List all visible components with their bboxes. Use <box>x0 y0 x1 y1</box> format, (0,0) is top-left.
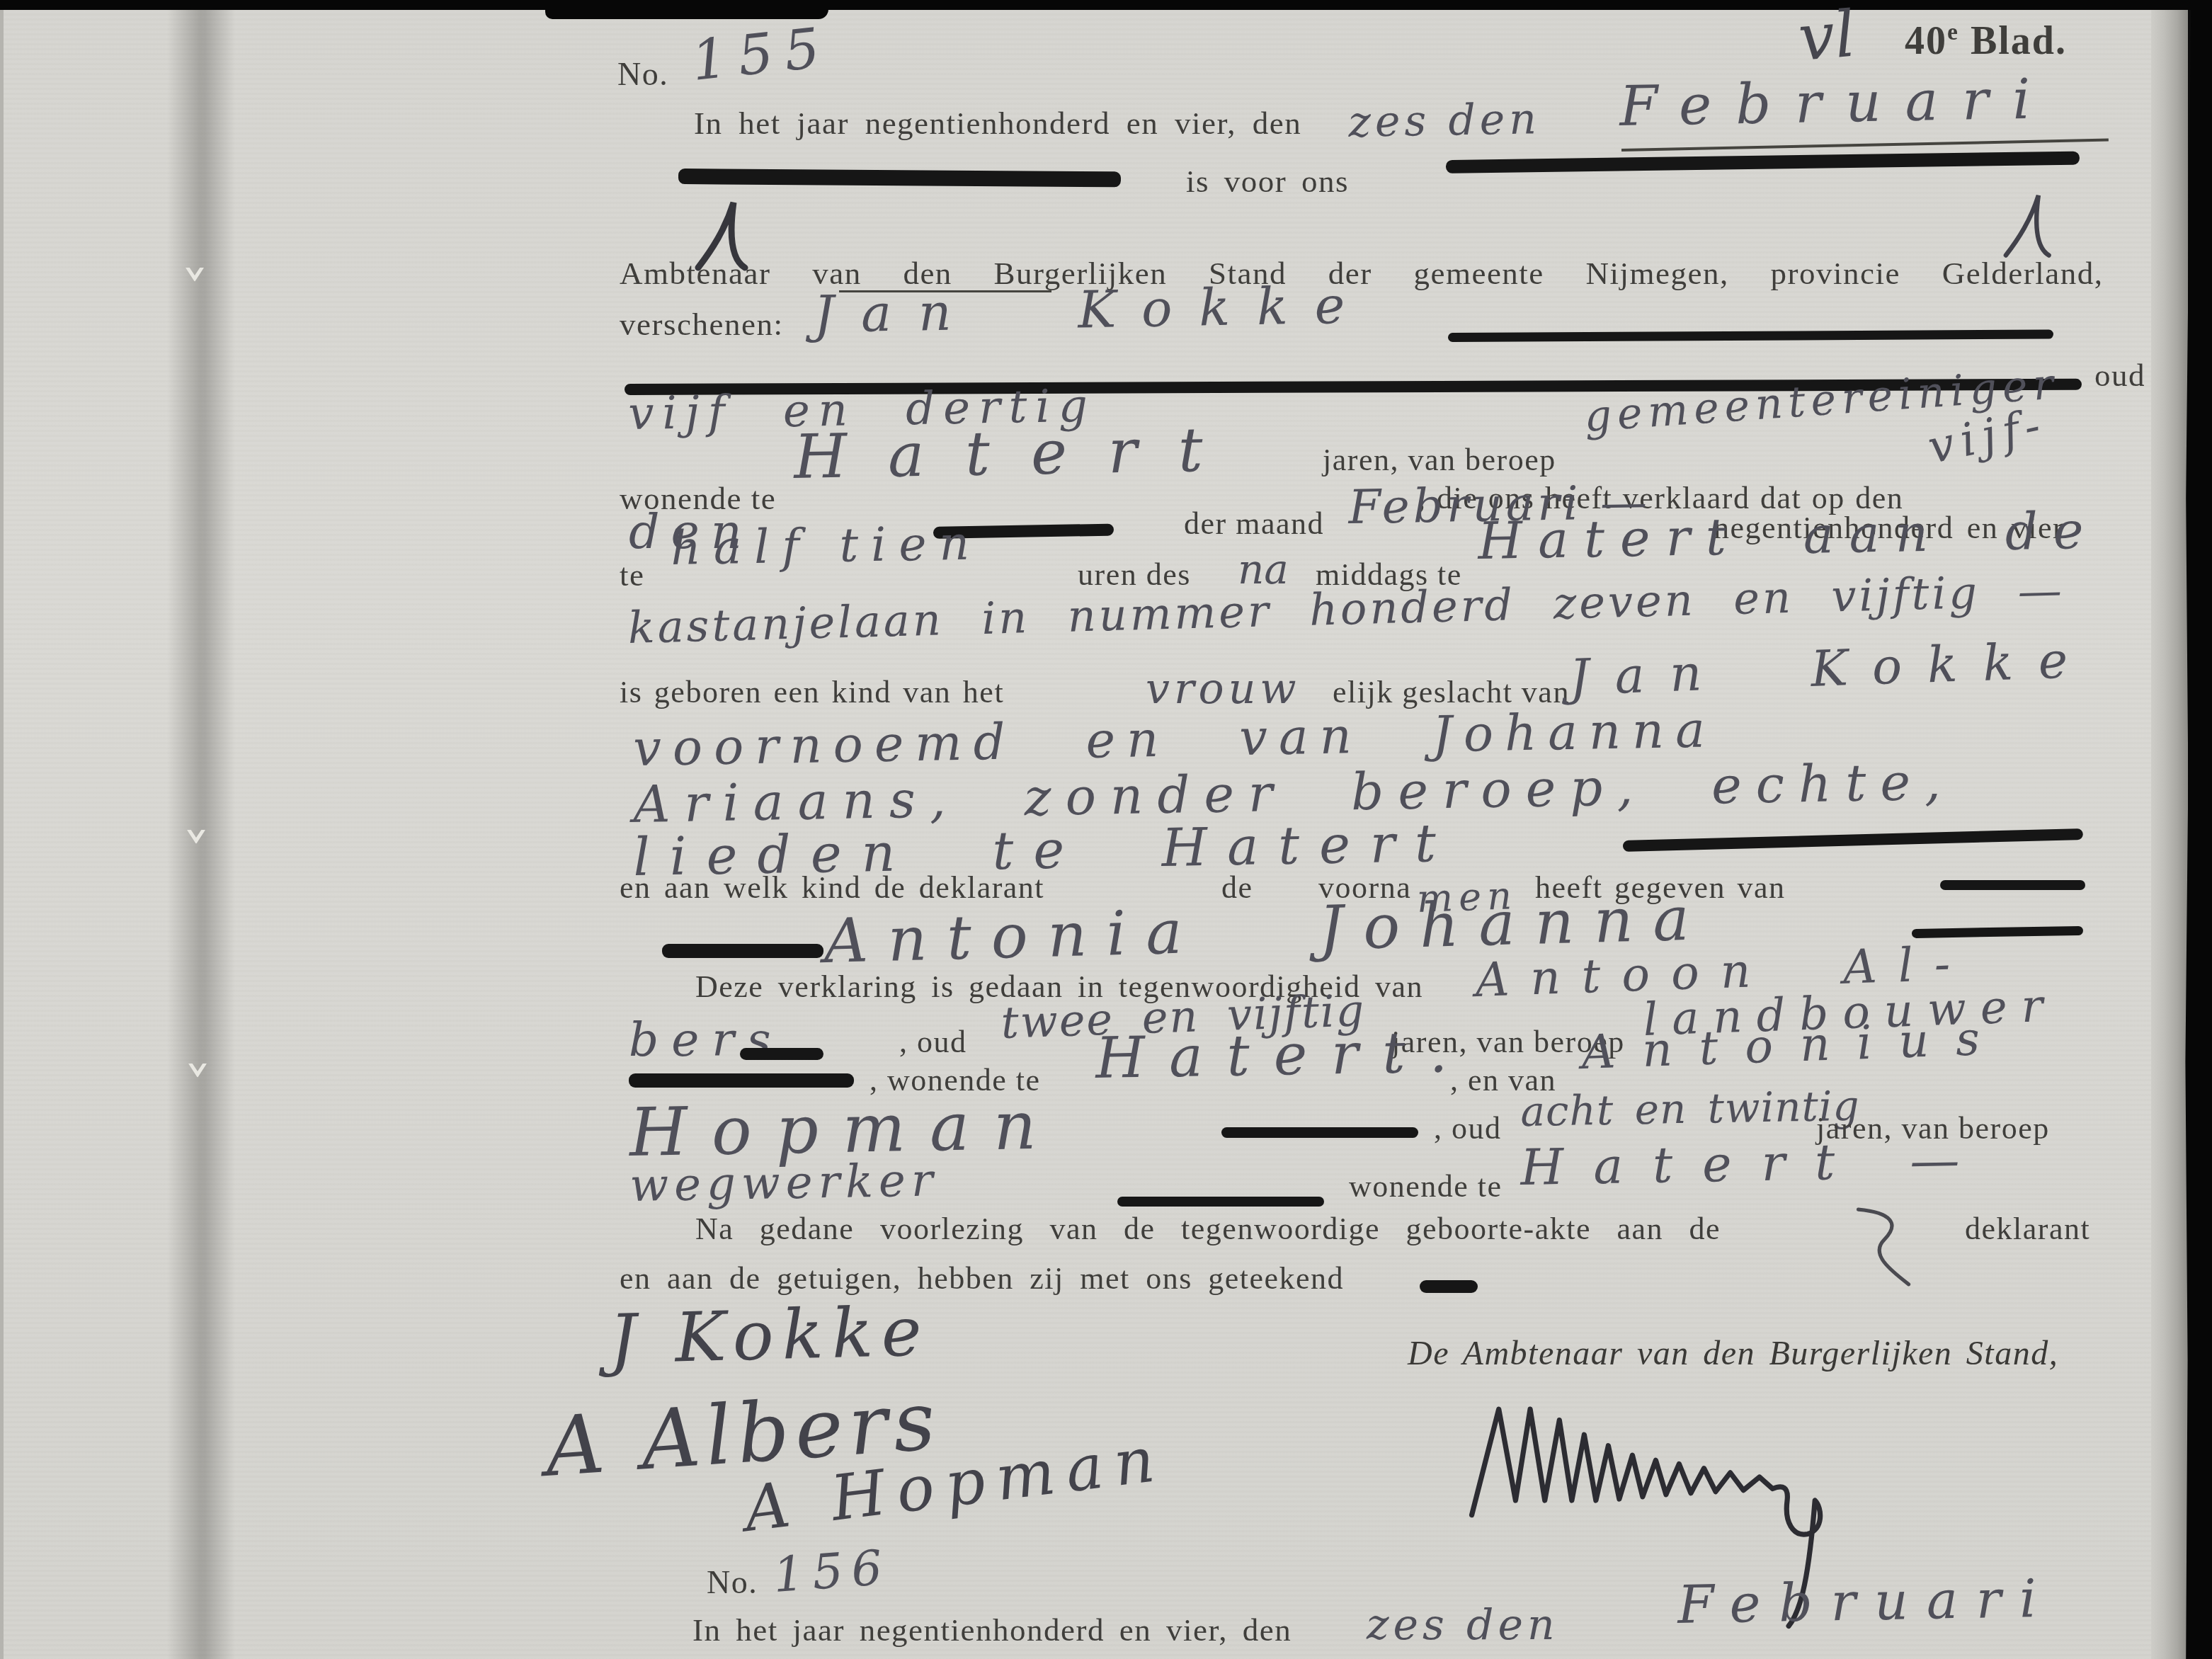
getuigen-slot-printed: en aan de getuigen, hebben zij met ons g… <box>620 1260 1344 1296</box>
verschenen-printed: verschenen: <box>620 306 783 343</box>
ink-strike <box>629 1073 854 1088</box>
act2-number-label: No. <box>707 1563 758 1601</box>
day-handwritten: zes den <box>1348 94 1541 147</box>
paraph-mark: vl <box>1796 0 1858 76</box>
act2-month-handwritten: Februari <box>1677 1568 2055 1636</box>
oud3-printed: , oud <box>1434 1110 1502 1146</box>
ink-strike <box>740 1048 823 1060</box>
residence-handwritten: Hatert <box>793 414 1244 493</box>
page-edge-stack <box>2151 8 2188 1659</box>
der-maand-printed: der maand <box>1184 506 1324 542</box>
ink-strike <box>1420 1280 1478 1293</box>
wonende-te3-printed: wonende te <box>1349 1168 1503 1204</box>
ink-strike <box>1221 1127 1418 1138</box>
welk-kind-printed: en aan welk kind de deklarant <box>620 870 1044 906</box>
sheet-number-value: 40 <box>1905 19 1947 63</box>
signature-declarant: J Kokke <box>608 1292 931 1379</box>
act-number-label: No. <box>617 55 668 93</box>
gender-handwritten: vrouw <box>1146 664 1301 714</box>
witness1-residence-handwritten: Hatert. <box>1095 1019 1471 1091</box>
jaren-van-beroep-printed: jaren, van beroep <box>1323 442 1556 478</box>
ink-strike <box>662 944 823 958</box>
ink-strike <box>1940 880 2085 890</box>
act2-year-line-printed: In het jaar negentienhonderd en vier, de… <box>692 1612 1292 1648</box>
month-handwritten: Februari <box>1619 67 2055 139</box>
is-voor-ons-printed: is voor ons <box>1186 163 1349 200</box>
scan-background-top <box>545 0 828 19</box>
sheet-word: Blad. <box>1971 19 2067 63</box>
witness2-occupation-handwritten: wegwerker <box>629 1154 939 1212</box>
act2-number-value: 156 <box>771 1540 892 1604</box>
geboren-printed: is geboren een kind van het <box>620 674 1004 710</box>
sheet-number-ordinal: e <box>1947 19 1959 45</box>
oud-printed: oud <box>2094 357 2145 394</box>
ink-strike <box>678 169 1121 187</box>
ambtenaar-onderschrift-printed: De Ambtenaar van den Burgerlijken Stand, <box>1408 1334 2058 1373</box>
scan-background <box>2184 0 2212 1659</box>
witness2-residence-handwritten: Hatert — <box>1520 1130 1990 1197</box>
oud2-printed: , oud <box>899 1024 967 1060</box>
voorlezing-printed: Na gedane voorlezing van de tegenwoordig… <box>695 1211 1721 1247</box>
sheet-number: 40e Blad. <box>1905 18 2067 64</box>
deklarant-printed: deklarant <box>1965 1211 2090 1247</box>
act2-day-handwritten: zes den <box>1367 1600 1559 1650</box>
witness2-age-handwritten: acht en twintig <box>1520 1082 1860 1136</box>
scan-background-top <box>0 0 2212 10</box>
scanned-register-page: No. 155 vl 40e Blad. In het jaar negenti… <box>0 0 2212 1659</box>
ink-strike <box>1117 1197 1324 1207</box>
te-printed: te <box>620 557 644 593</box>
page-left-edge <box>0 8 4 1659</box>
ink-brace <box>1849 1204 1915 1290</box>
year-line-printed: In het jaar negentienhonderd en vier, de… <box>694 105 1301 142</box>
birth-hour-handwritten: half tien <box>671 515 983 576</box>
declarant-name-handwritten: Jan Kokke <box>814 275 1372 344</box>
birthplace-handwritten: Hatert aan de <box>1478 501 2100 571</box>
